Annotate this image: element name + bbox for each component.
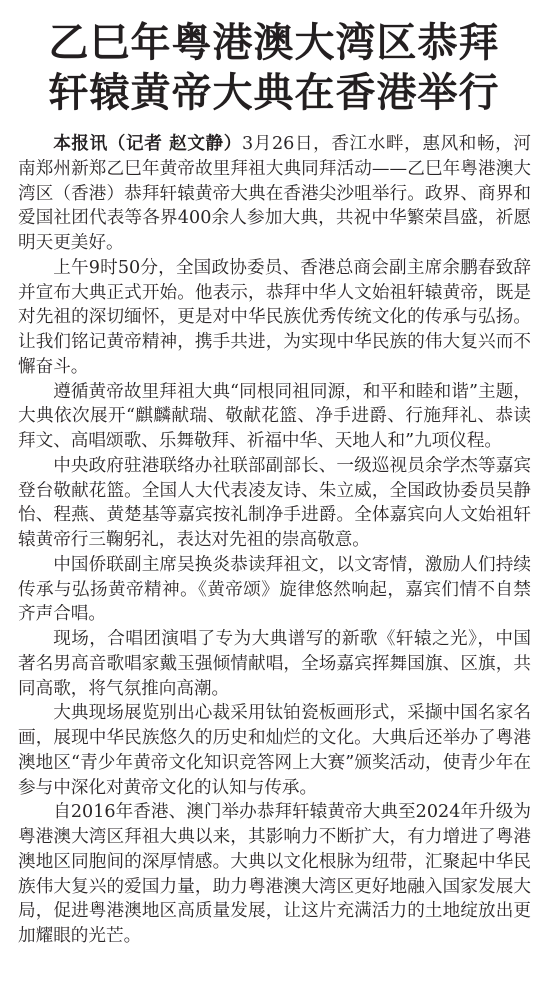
paragraph: 中国侨联副主席吴换炎恭读拜祖文，以文寄情，激励人们持续传承与弘扬黄帝精神。《黄帝… bbox=[18, 553, 531, 627]
paragraph: 现场，合唱团演唱了专为大典谱写的新歌《轩辕之光》，中国著名男高音歌唱家戴玉强倾情… bbox=[18, 627, 531, 701]
headline-line-1: 乙巳年粤港澳大湾区恭拜 bbox=[0, 18, 548, 68]
paragraph: 大典现场展览别出心裁采用钛铂瓷板画形式，采撷中国名家名画，展现中华民族悠久的历史… bbox=[18, 701, 531, 800]
article-body: 本报讯（记者 赵文静）3月26日，香江水畔，惠风和畅，河南郑州新郑乙巳年黄帝故里… bbox=[18, 132, 531, 949]
headline-line-2: 轩辕黄帝大典在香港举行 bbox=[0, 68, 548, 118]
paragraph: 上午9时50分，全国政协委员、香港总商会副主席余鹏春致辞并宣布大典正式开始。他表… bbox=[18, 256, 531, 380]
paragraph-lead: 本报讯（记者 赵文静）3月26日，香江水畔，惠风和畅，河南郑州新郑乙巳年黄帝故里… bbox=[18, 132, 531, 256]
paragraph: 中央政府驻港联络办社联部副部长、一级巡视员余学杰等嘉宾登台敬献花篮。全国人大代表… bbox=[18, 454, 531, 553]
paragraph: 自2016年香港、澳门举办恭拜轩辕黄帝大典至2024年升级为粤港澳大湾区拜祖大典… bbox=[18, 800, 531, 949]
headline: 乙巳年粤港澳大湾区恭拜 轩辕黄帝大典在香港举行 bbox=[0, 18, 548, 118]
dateline: 本报讯（记者 赵文静） bbox=[53, 134, 242, 154]
paragraph: 遵循黄帝故里拜祖大典“同根同祖同源，和平和睦和谐”主题，大典依次展开“麒麟献瑞、… bbox=[18, 380, 531, 454]
